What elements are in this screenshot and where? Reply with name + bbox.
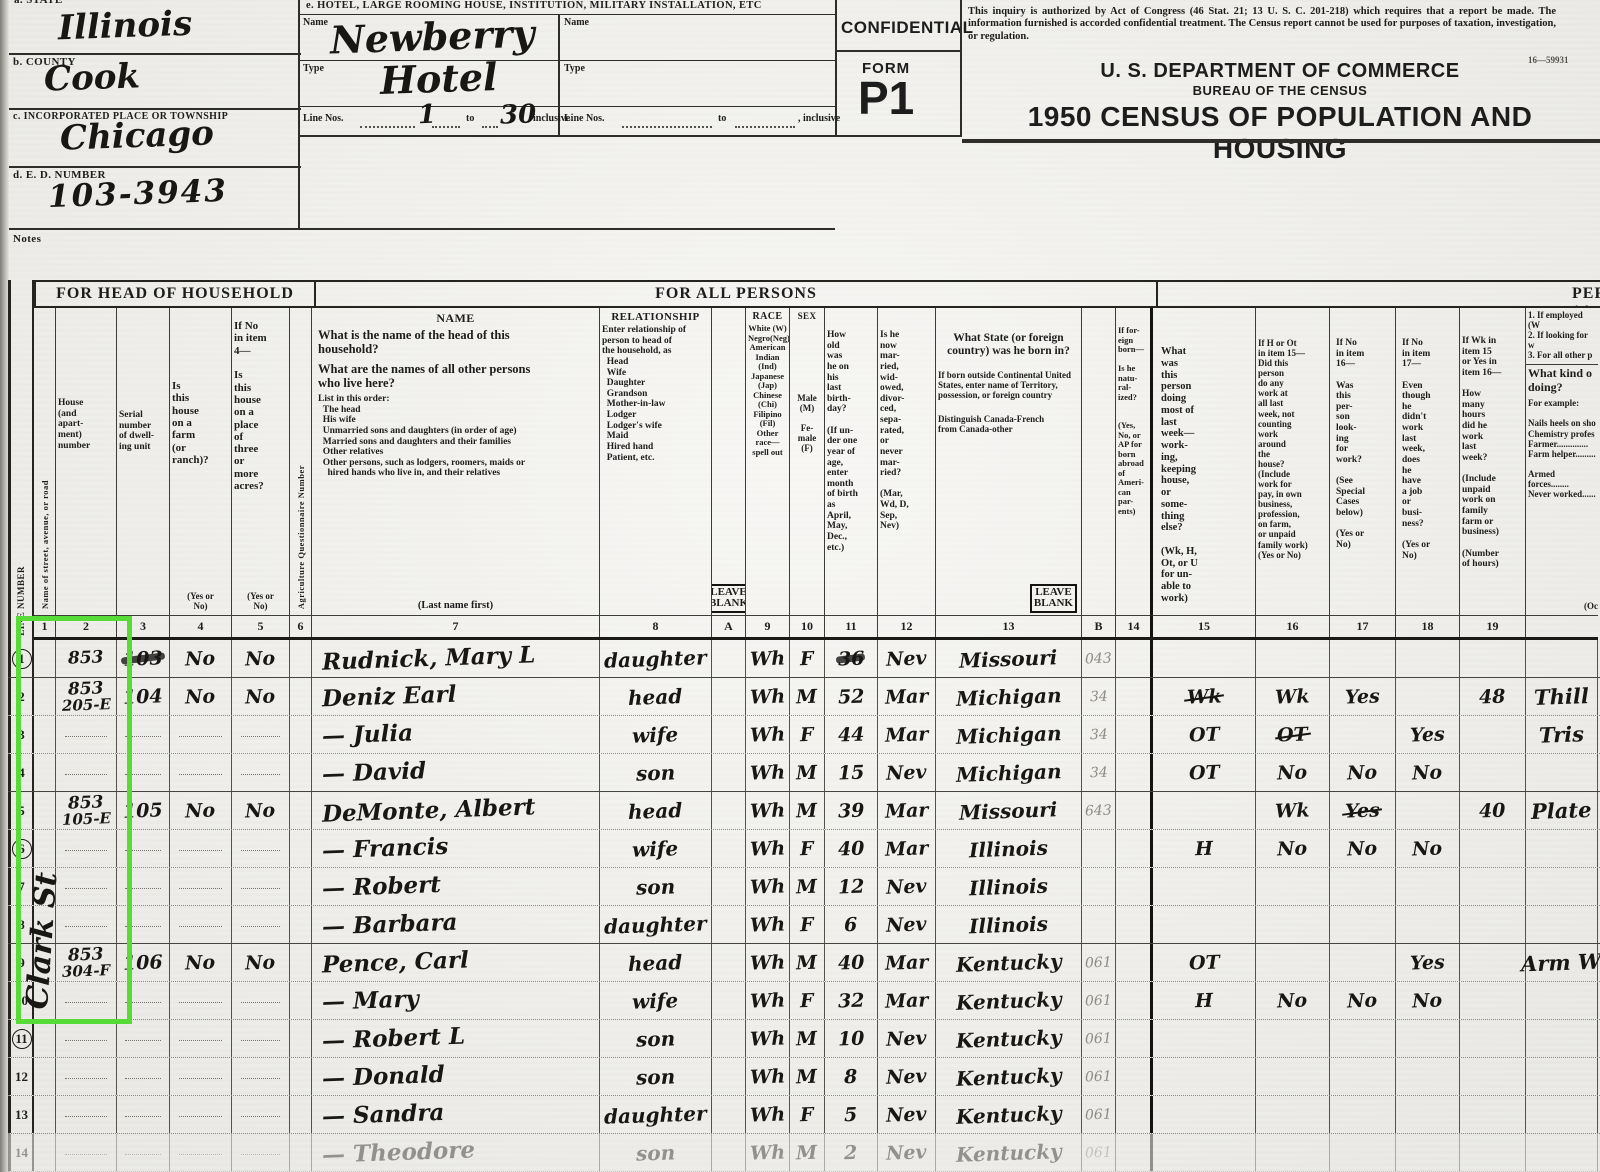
hotel-type-handwriting: Hotel	[379, 54, 498, 103]
cell-farm: No	[170, 944, 232, 981]
cell-name: — David	[312, 754, 600, 791]
census-row: 3— JuliawifeWhF44MarMichigan34OTOTYesTri…	[8, 716, 1600, 754]
ed-number-handwriting: 103-3943	[47, 173, 228, 215]
col-acres-header: If No in item 4— Is this house on a plac…	[232, 308, 290, 616]
cell-serial	[117, 1134, 170, 1171]
hotel-name-handwriting: Newberry	[329, 10, 535, 62]
cell-A	[712, 944, 746, 981]
cell-acres	[232, 754, 290, 791]
cell-age: 2	[825, 1134, 878, 1171]
cell-mar: Mar	[878, 944, 936, 981]
cell-mar: Nev	[878, 1096, 936, 1133]
cell-farm	[170, 754, 232, 791]
cell-occ	[1526, 906, 1598, 943]
occ-header-top: 1. If employed (W 2. If looking for w 3.…	[1526, 308, 1598, 365]
cell-farm	[170, 868, 232, 905]
cell-mar: Nev	[878, 868, 936, 905]
cell-occ: Thill	[1526, 678, 1598, 715]
cell-farm	[170, 1058, 232, 1095]
cell-born: Missouri	[936, 792, 1082, 829]
col-relationship-header: RELATIONSHIP Enter relationship of perso…	[600, 308, 712, 616]
cell-B: 061	[1082, 1020, 1116, 1057]
cell-street	[34, 1020, 56, 1057]
cell-rel: daughter	[600, 640, 712, 677]
cell-c17	[1330, 1058, 1396, 1095]
cell-nat	[1116, 982, 1152, 1019]
cell-farm	[170, 982, 232, 1019]
colnum-A: A	[712, 616, 746, 637]
cell-sex: M	[790, 678, 825, 715]
cell-c16	[1256, 1020, 1330, 1057]
cell-A	[712, 1096, 746, 1133]
cell-c16: Wk	[1256, 792, 1330, 829]
colnum-8: 8	[600, 616, 712, 637]
naturalized-header-label: If for- eign born— Is he natu- ral- ized…	[1116, 324, 1151, 518]
cell-occ: Tris	[1526, 716, 1598, 753]
col-agq-header: Agriculture Questionnaire Number	[290, 308, 312, 616]
cell-mar: Nev	[878, 1134, 936, 1171]
race-header-title: RACE	[746, 311, 789, 322]
cell-name: Rudnick, Mary L	[312, 640, 600, 677]
cell-c19	[1460, 716, 1526, 753]
name-header-q1: What is the name of the head of this hou…	[312, 326, 599, 358]
col-naturalized-header: If for- eign born— Is he natu- ral- ized…	[1116, 308, 1152, 616]
cell-B: 061	[1082, 982, 1116, 1019]
cell-line: 13	[8, 1096, 34, 1133]
cell-name: — Francis	[312, 830, 600, 867]
cell-B	[1082, 830, 1116, 867]
cell-agq	[290, 1134, 312, 1171]
cell-sex: M	[790, 1134, 825, 1171]
cell-c15	[1150, 1096, 1256, 1133]
cell-born: Kentucky	[936, 1020, 1082, 1057]
cell-farm	[170, 716, 232, 753]
cell-c16	[1256, 868, 1330, 905]
cell-B: 34	[1082, 754, 1116, 791]
cell-c15: Wk	[1150, 678, 1256, 715]
cell-rel: son	[600, 868, 712, 905]
cell-age: 32	[825, 982, 878, 1019]
cell-nat	[1116, 1020, 1152, 1057]
colnum-19: 19	[1460, 616, 1526, 637]
cell-race: Wh	[746, 868, 790, 905]
cell-age: 36	[825, 640, 878, 677]
cell-name: DeMonte, Albert	[312, 792, 600, 829]
acres-yesno-label: (Yes or No)	[232, 591, 289, 611]
line-nos-label-2: Line Nos.	[564, 113, 605, 124]
cell-age: 8	[825, 1058, 878, 1095]
census-row: 14— TheodoresonWhM2NevKentucky061	[8, 1134, 1600, 1172]
name-header-title: NAME	[312, 311, 599, 326]
cell-agq	[290, 678, 312, 715]
notes-label: Notes	[13, 233, 41, 245]
colnum-B: B	[1082, 616, 1116, 637]
cell-occ	[1526, 1134, 1598, 1171]
cell-house	[56, 1058, 117, 1095]
cell-line: 14	[8, 1134, 34, 1171]
col-sex-header: SEX Male (M) Fe- male (F)	[790, 308, 825, 616]
cell-sex: M	[790, 944, 825, 981]
cell-c18: No	[1396, 830, 1460, 867]
hotel-type-label: Type	[303, 63, 324, 74]
cell-occ	[1526, 830, 1598, 867]
cell-occ: Plate	[1526, 792, 1598, 829]
cell-born: Kentucky	[936, 982, 1082, 1019]
cell-c17	[1330, 906, 1396, 943]
inclusive-label-2: , inclusive	[798, 113, 840, 124]
cell-acres	[232, 906, 290, 943]
cell-name: — Donald	[312, 1058, 600, 1095]
cell-name: Pence, Carl	[312, 944, 600, 981]
cell-nat	[1116, 1096, 1152, 1133]
cell-race: Wh	[746, 944, 790, 981]
cell-c17: No	[1330, 754, 1396, 791]
column-number-row: 1 2 3 4 5 6 7 8 A 9 10 11 12 13 B 14 15 …	[34, 616, 1598, 640]
col17-header-label: If No in item 16— Was this per- son look…	[1330, 336, 1395, 553]
section-persons-14: FOR PERSONS 14	[1158, 280, 1600, 308]
line-to-label: to	[466, 113, 474, 124]
cell-c15	[1150, 906, 1256, 943]
cell-nat	[1116, 640, 1152, 677]
hotel-name-label-2: Name	[564, 17, 589, 28]
cell-age: 5	[825, 1096, 878, 1133]
colnum-14: 14	[1116, 616, 1152, 637]
born-header-b2: Distinguish Canada-French from Canada-ot…	[936, 412, 1081, 436]
col18-header-label: If No in item 17— Even though he didn't …	[1396, 336, 1459, 563]
col15-header-label: What was this person doing most of last …	[1153, 344, 1255, 607]
cell-farm: No	[170, 640, 232, 677]
cell-c16	[1256, 1058, 1330, 1095]
cell-c18	[1396, 868, 1460, 905]
census-row: 10— MarywifeWhF32MarKentucky061HNoNoNo	[8, 982, 1600, 1020]
cell-sex: M	[790, 754, 825, 791]
cell-sex: F	[790, 906, 825, 943]
cell-c16: No	[1256, 982, 1330, 1019]
cell-c18	[1396, 640, 1460, 677]
col-house-header: House (and apart- ment) number	[56, 308, 117, 616]
cell-farm	[170, 906, 232, 943]
cell-street	[34, 1096, 56, 1133]
colnum-7: 7	[312, 616, 600, 637]
cell-c18	[1396, 792, 1460, 829]
cell-race: Wh	[746, 1058, 790, 1095]
occ-header-bottom: (Oc	[1526, 601, 1598, 611]
rel-header-body: Enter relationship of person to head of …	[600, 323, 711, 465]
cell-c19	[1460, 982, 1526, 1019]
col-occupation-header: 1. If employed (W 2. If looking for w 3.…	[1526, 308, 1598, 616]
cell-B	[1082, 868, 1116, 905]
cell-agq	[290, 754, 312, 791]
cell-mar: Nev	[878, 640, 936, 677]
census-row: 13— SandradaughterWhF5NevKentucky061	[8, 1096, 1600, 1134]
cell-c19	[1460, 868, 1526, 905]
cell-street	[34, 1058, 56, 1095]
census-title: 1950 CENSUS OF POPULATION AND HOUSING	[965, 101, 1595, 165]
census-row: 9853304-F106NoNoPence, CarlheadWhM40MarK…	[8, 944, 1600, 982]
cell-sex: F	[790, 716, 825, 753]
cell-farm	[170, 830, 232, 867]
cell-age: 52	[825, 678, 878, 715]
cell-c15	[1150, 640, 1256, 677]
cell-c17	[1330, 944, 1396, 981]
cell-name: — Barbara	[312, 906, 600, 943]
cell-sex: M	[790, 1020, 825, 1057]
cell-age: 12	[825, 868, 878, 905]
cell-name: — Robert L	[312, 1020, 600, 1057]
col-born-header: What State (or foreign country) was he b…	[936, 308, 1082, 616]
cell-race: Wh	[746, 678, 790, 715]
acres-header-label: If No in item 4— Is this house on a plac…	[232, 318, 289, 494]
col-age-header: How old was he on his last birth- day? (…	[825, 308, 878, 616]
cell-acres	[232, 1058, 290, 1095]
county-value-handwriting: Cook	[43, 56, 140, 99]
cell-mar: Mar	[878, 792, 936, 829]
cell-A	[712, 792, 746, 829]
cell-rel: daughter	[600, 1096, 712, 1133]
cell-rel: daughter	[600, 906, 712, 943]
house-header-label: House (and apart- ment) number	[56, 396, 116, 453]
census-row: 1853103NoNoRudnick, Mary LdaughterWhF36N…	[8, 640, 1600, 678]
cell-acres	[232, 868, 290, 905]
cell-age: 40	[825, 944, 878, 981]
cell-nat	[1116, 754, 1152, 791]
colnum-11: 11	[825, 616, 878, 637]
cell-rel: son	[600, 1134, 712, 1171]
cell-race: Wh	[746, 754, 790, 791]
colnum-6: 6	[290, 616, 312, 637]
marital-header-label: Is he now mar- ried, wid- owed, divor- c…	[878, 328, 935, 534]
cell-c19	[1460, 1134, 1526, 1171]
born-header-b1: If born outside Continental United State…	[936, 368, 1081, 402]
occ-header-title: What kind o doing?	[1526, 365, 1598, 396]
cell-race: Wh	[746, 1020, 790, 1057]
col-street-header: Name of street, avenue, or road	[34, 308, 56, 616]
cell-serial	[117, 1096, 170, 1133]
cell-nat	[1116, 792, 1152, 829]
cell-c17: Yes	[1330, 792, 1396, 829]
name-header-list: List in this order: The head His wife Un…	[312, 392, 599, 481]
street-header-label: Name of street, avenue, or road	[40, 480, 50, 609]
cell-c15: OT	[1150, 754, 1256, 791]
cell-c15: OT	[1150, 944, 1256, 981]
cell-B: 34	[1082, 716, 1116, 753]
cell-farm: No	[170, 792, 232, 829]
cell-c15	[1150, 1020, 1256, 1057]
cell-c18	[1396, 678, 1460, 715]
age-header-label: How old was he on his last birth- day? (…	[825, 328, 877, 555]
bureau-title: BUREAU OF THE CENSUS	[965, 83, 1595, 98]
cell-c19	[1460, 830, 1526, 867]
col-A-header: LEAVE BLANK	[712, 308, 746, 616]
cell-A	[712, 678, 746, 715]
cell-agq	[290, 640, 312, 677]
cell-B: 061	[1082, 1134, 1116, 1171]
section-band: FOR HEAD OF HOUSEHOLD FOR ALL PERSONS FO…	[34, 280, 1600, 308]
cell-c18	[1396, 1020, 1460, 1057]
cell-B: 643	[1082, 792, 1116, 829]
cell-c18	[1396, 1134, 1460, 1171]
col-name-header: NAME What is the name of the head of thi…	[312, 308, 600, 616]
cell-rel: son	[600, 754, 712, 791]
cell-sex: F	[790, 982, 825, 1019]
cell-c17	[1330, 716, 1396, 753]
cell-c19	[1460, 906, 1526, 943]
form-top-section: a. STATE Illinois b. COUNTY Cook c. INCO…	[0, 0, 1600, 278]
col16-header-label: If H or Ot in item 15— Did this person d…	[1256, 336, 1329, 562]
cell-nat	[1116, 1058, 1152, 1095]
cell-sex: F	[790, 640, 825, 677]
cell-rel: head	[600, 678, 712, 715]
cell-mar: Nev	[878, 1020, 936, 1057]
name-header-q2: What are the names of all other persons …	[312, 358, 599, 392]
cell-name: — Julia	[312, 716, 600, 753]
cell-c18: No	[1396, 754, 1460, 791]
cell-A	[712, 1020, 746, 1057]
col-race-header: RACE White (W) Negro(Neg) American India…	[746, 308, 790, 616]
cell-race: Wh	[746, 830, 790, 867]
cell-acres	[232, 982, 290, 1019]
confidential-label: CONFIDENTIAL	[841, 18, 974, 38]
cell-c19	[1460, 1058, 1526, 1095]
cell-c15	[1150, 868, 1256, 905]
farm-yesno-label: (Yes or No)	[170, 591, 231, 611]
cell-A	[712, 1134, 746, 1171]
cell-name: — Sandra	[312, 1096, 600, 1133]
cell-born: Missouri	[936, 640, 1082, 677]
colnum-12: 12	[878, 616, 936, 637]
place-value-handwriting: Chicago	[59, 113, 214, 158]
cell-house	[56, 1096, 117, 1133]
hotel-type-label-2: Type	[564, 63, 585, 74]
cell-c15: OT	[1150, 716, 1256, 753]
cell-born: Illinois	[936, 906, 1082, 943]
cell-house	[56, 1134, 117, 1171]
cell-A	[712, 982, 746, 1019]
cell-nat	[1116, 944, 1152, 981]
cell-race: Wh	[746, 716, 790, 753]
cell-agq	[290, 716, 312, 753]
cell-sex: M	[790, 868, 825, 905]
cell-c16: No	[1256, 830, 1330, 867]
col-18-header: If No in item 17— Even though he didn't …	[1396, 308, 1460, 616]
cell-agq	[290, 792, 312, 829]
cell-c17	[1330, 1096, 1396, 1133]
item-e-label: e. HOTEL, LARGE ROOMING HOUSE, INSTITUTI…	[306, 0, 831, 11]
sex-header-title: SEX	[790, 311, 824, 321]
cell-B: 061	[1082, 1058, 1116, 1095]
cell-race: Wh	[746, 1096, 790, 1133]
cell-race: Wh	[746, 640, 790, 677]
cell-c17	[1330, 868, 1396, 905]
form-number: P1	[858, 78, 914, 119]
cell-c16: No	[1256, 754, 1330, 791]
colnum-10: 10	[790, 616, 825, 637]
cell-c17	[1330, 1134, 1396, 1171]
census-row: 8— BarbaradaughterWhF6NevIllinois	[8, 906, 1600, 944]
cell-race: Wh	[746, 792, 790, 829]
hotel-name-label: Name	[303, 17, 328, 28]
cell-age: 6	[825, 906, 878, 943]
cell-born: Kentucky	[936, 1134, 1082, 1171]
cell-house	[56, 1020, 117, 1057]
cell-born: Kentucky	[936, 1096, 1082, 1133]
cell-c18: Yes	[1396, 944, 1460, 981]
cell-nat	[1116, 716, 1152, 753]
line-nos-label: Line Nos.	[303, 113, 344, 124]
cell-c19	[1460, 1020, 1526, 1057]
cell-occ	[1526, 1096, 1598, 1133]
colnum-5: 5	[232, 616, 290, 637]
cell-name: Deniz Earl	[312, 678, 600, 715]
census-row: 12— DonaldsonWhM8NevKentucky061	[8, 1058, 1600, 1096]
col-15-header: What was this person doing most of last …	[1150, 308, 1256, 616]
cell-name: — Robert	[312, 868, 600, 905]
cell-acres	[232, 830, 290, 867]
state-value-handwriting: Illinois	[57, 4, 192, 49]
cell-c18: Yes	[1396, 716, 1460, 753]
cell-B: 061	[1082, 944, 1116, 981]
cell-mar: Nev	[878, 906, 936, 943]
sex-header-body: Male (M) Fe- male (F)	[790, 391, 824, 455]
cell-agq	[290, 1058, 312, 1095]
census-row: 2853205-E104NoNoDeniz EarlheadWhM52MarMi…	[8, 678, 1600, 716]
cell-c17	[1330, 640, 1396, 677]
census-row: 5853105-E105NoNoDeMonte, AlbertheadWhM39…	[8, 792, 1600, 830]
cell-name: — Mary	[312, 982, 600, 1019]
cell-c19	[1460, 944, 1526, 981]
cell-occ	[1526, 982, 1598, 1019]
table-header-row: Name of street, avenue, or road House (a…	[34, 308, 1598, 616]
cell-mar: Mar	[878, 830, 936, 867]
cell-sex: F	[790, 830, 825, 867]
cell-occ	[1526, 640, 1598, 677]
col-farm-header: Is this house on a farm (or ranch)? (Yes…	[170, 308, 232, 616]
census-table: FOR HEAD OF HOUSEHOLD FOR ALL PERSONS FO…	[8, 280, 1600, 1172]
highlight-box	[16, 616, 132, 1024]
cell-age: 44	[825, 716, 878, 753]
cell-farm	[170, 1134, 232, 1171]
cell-nat	[1116, 868, 1152, 905]
farm-header-label: Is this house on a farm (or ranch)?	[170, 378, 231, 468]
leave-blank-box-A: LEAVE BLANK	[712, 584, 746, 613]
cell-nat	[1116, 1134, 1152, 1171]
cell-rel: head	[600, 944, 712, 981]
section-all-persons: FOR ALL PERSONS	[316, 280, 1158, 308]
cell-born: Michigan	[936, 716, 1082, 753]
cell-c17: Yes	[1330, 678, 1396, 715]
form-corner-number: 16—59931	[1528, 55, 1569, 65]
cell-mar: Nev	[878, 1058, 936, 1095]
cell-c19	[1460, 640, 1526, 677]
cell-B: 34	[1082, 678, 1116, 715]
cell-race: Wh	[746, 982, 790, 1019]
cell-c17: No	[1330, 982, 1396, 1019]
cell-rel: wife	[600, 830, 712, 867]
cell-c16	[1256, 1096, 1330, 1133]
cell-c15: H	[1150, 982, 1256, 1019]
cell-c19	[1460, 754, 1526, 791]
name-header-lastname: (Last name first)	[312, 600, 599, 611]
cell-A	[712, 868, 746, 905]
colnum-9: 9	[746, 616, 790, 637]
census-row: 6— FranciswifeWhF40MarIllinoisHNoNoNo	[8, 830, 1600, 868]
cell-c16: Wk	[1256, 678, 1330, 715]
cell-agq	[290, 1096, 312, 1133]
line-number-column-header: LINE NUMBER	[8, 280, 34, 640]
col-16-header: If H or Ot in item 15— Did this person d…	[1256, 308, 1330, 616]
cell-c16: OT	[1256, 716, 1330, 753]
cell-born: Michigan	[936, 754, 1082, 791]
